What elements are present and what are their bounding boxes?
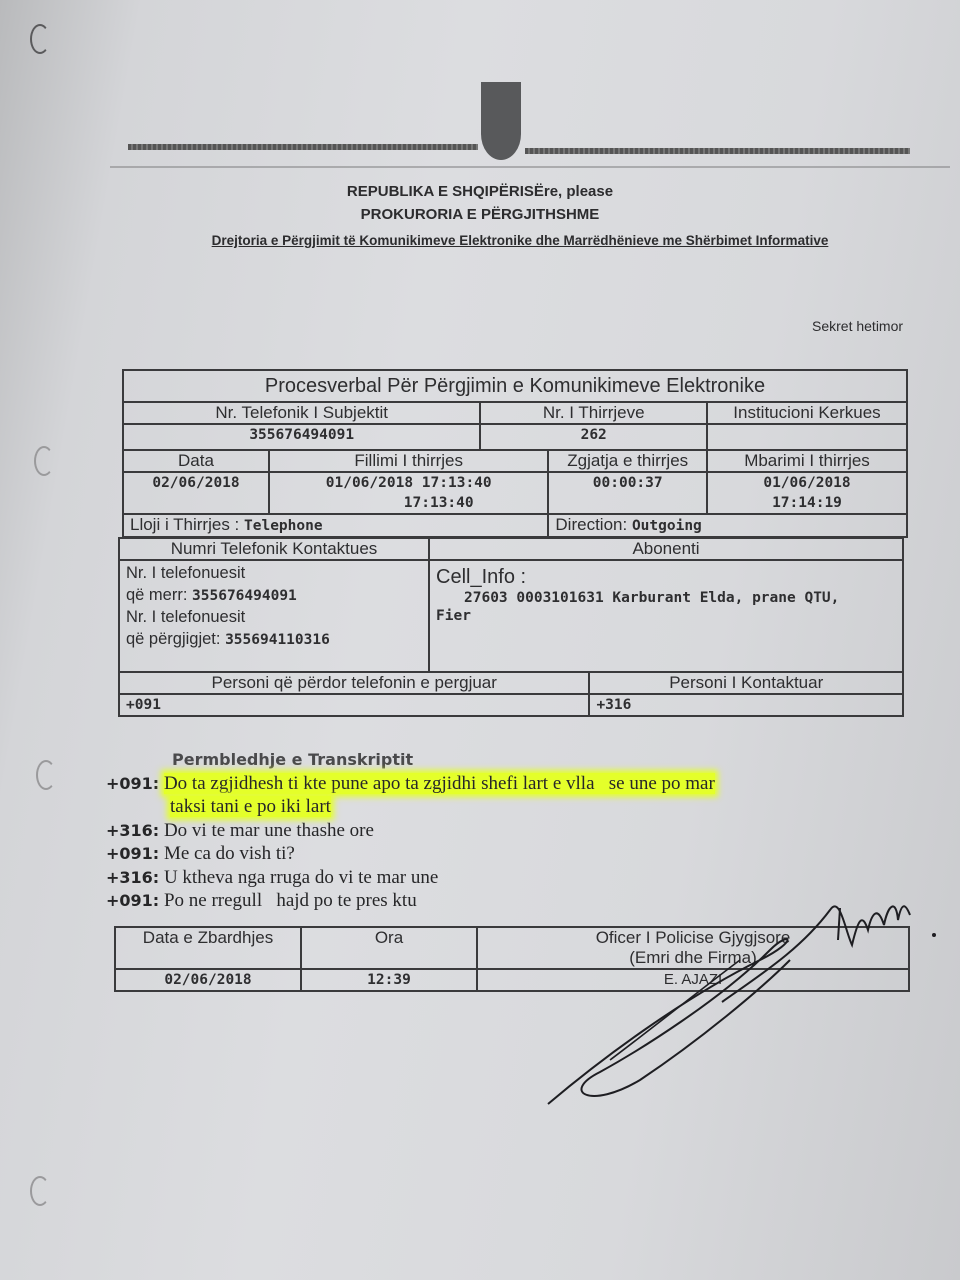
speaker: +091: [106, 774, 159, 793]
subject-phone-label: Nr. Telefonik I Subjektit [123, 402, 480, 424]
highlighted-text: Do ta zgjidhesh ti kte pune apo ta zgjid… [164, 773, 715, 794]
duration-label: Zgjatja e thirrjes [548, 450, 707, 472]
institution-value [707, 424, 907, 450]
caller-number: 355676494091 [192, 588, 297, 604]
prosecution-title: PROKURORIA E PËRGJITHSHME [0, 206, 960, 223]
person-intercepted-label: Personi që përdor telefonin e pergjuar [119, 672, 589, 694]
subject-phone: 355676494091 [123, 424, 480, 450]
contact-table: Numri Telefonik Kontaktues Abonenti Nr. … [118, 537, 904, 717]
header-thin-rule [110, 166, 950, 168]
date-value: 02/06/2018 [123, 472, 269, 514]
transcript-line: +091: Me ca do vish ti? [106, 842, 936, 866]
header-rule-right [525, 148, 910, 154]
time-label: Ora [301, 927, 477, 969]
punch-hole [34, 446, 54, 476]
receiver-number: 355694110316 [225, 632, 330, 648]
start-label: Fillimi I thirrjes [269, 450, 548, 472]
end-value: 01/06/201817:14:19 [707, 472, 907, 514]
classification-label: Sekret hetimor [812, 318, 903, 334]
contact-numbers-label: Numri Telefonik Kontaktues [119, 538, 429, 560]
transcript-title: Permbledhje e Transkriptit [172, 748, 936, 772]
duration-value: 00:00:37 [548, 472, 707, 514]
record-title: Procesverbal Për Përgjimin e Komunikimev… [123, 370, 907, 402]
decode-time: 12:39 [301, 969, 477, 991]
call-count: 262 [480, 424, 707, 450]
header-rule-left [128, 144, 478, 150]
person-intercepted: +091 [119, 694, 589, 716]
transcript-line-cont: taksi tani e po iki lart [170, 795, 936, 819]
decode-date: 02/06/2018 [115, 969, 301, 991]
document-page: REPUBLIKA E SHQIPËRISËre, please PROKURO… [0, 0, 960, 1280]
directorate-title: Drejtoria e Përgjimit të Komunikimeve El… [40, 233, 960, 248]
person-contacted-label: Personi I Kontaktuar [589, 672, 903, 694]
call-count-label: Nr. I Thirrjeve [480, 402, 707, 424]
institution-label: Institucioni Kerkues [707, 402, 907, 424]
highlighted-text: taksi tani e po iki lart [170, 796, 331, 817]
punch-hole [36, 760, 56, 790]
republic-title: REPUBLIKA E SHQIPËRISËre, please [0, 183, 960, 200]
transcript-line: +316: U ktheva nga rruga do vi te mar un… [106, 866, 936, 890]
transcript-line: +316: Do vi te mar une thashe ore [106, 819, 936, 843]
subscriber-label: Abonenti [429, 538, 903, 560]
cell-info: Cell_Info : 27603 0003101631 Karburant E… [429, 560, 903, 672]
start-value: 01/06/2018 17:13:4017:13:40 [269, 472, 548, 514]
transcript: Permbledhje e Transkriptit +091: Do ta z… [106, 748, 936, 913]
contact-numbers: Nr. I telefonuesit që merr: 355676494091… [119, 560, 429, 672]
call-type: Lloji i Thirrjes : Telephone [123, 514, 548, 537]
decode-date-label: Data e Zbardhjes [115, 927, 301, 969]
punch-hole [30, 1176, 50, 1206]
punch-hole [30, 24, 50, 54]
end-label: Mbarimi I thirrjes [707, 450, 907, 472]
officer-label: Oficer I Policise Gjygjsore (Emri dhe Fi… [477, 927, 909, 969]
decode-table: Data e Zbardhjes Ora Oficer I Policise G… [114, 926, 910, 992]
direction: Direction: Outgoing [548, 514, 907, 537]
record-table: Procesverbal Për Përgjimin e Komunikimev… [122, 369, 908, 538]
coat-of-arms-icon [481, 82, 521, 160]
transcript-line: +091: Do ta zgjidhesh ti kte pune apo ta… [106, 772, 936, 796]
person-contacted: +316 [589, 694, 903, 716]
officer-name: E. AJAZI [477, 969, 909, 991]
transcript-line: +091: Po ne rregull hajd po te pres ktu [106, 889, 936, 913]
date-label: Data [123, 450, 269, 472]
